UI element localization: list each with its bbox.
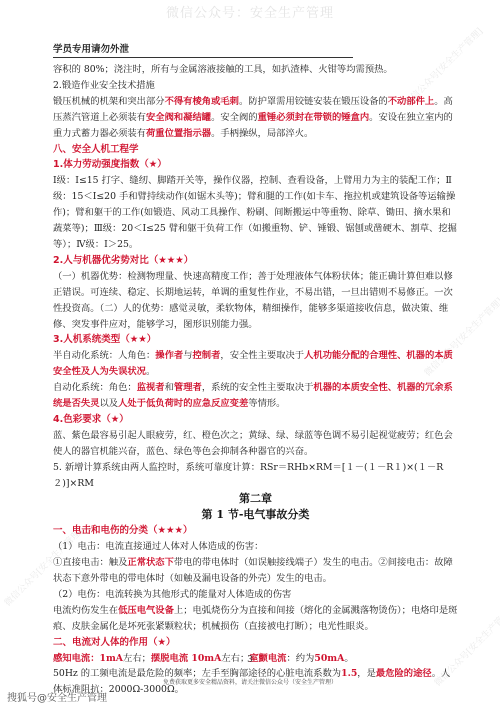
highlight: 监视者: [137, 382, 165, 393]
highlight: 操作者: [155, 350, 183, 361]
top-watermark: 微信公众号：安全生产管理: [0, 2, 500, 21]
highlight: 不动部件上: [388, 96, 435, 107]
paragraph: （2）电伤：电流转换为其他形式的能量对人体造成的伤害: [53, 587, 458, 603]
page-number: 3: [0, 655, 500, 665]
highlight: 重锤必须封在带锁的锤盒内: [258, 112, 370, 123]
paragraph: 锻压机械的机架和突出部分不得有棱角或毛刺。防护罩需用铰链安装在锻压设备的不动部件…: [53, 94, 458, 142]
section-heading: 二、电流对人体的作用（★）: [53, 635, 458, 651]
highlight: 人处于低负荷时的应急反应变差: [118, 398, 248, 409]
paragraph: 自动化系统：角色：监视者和管理者，系统的安全性主要取决于机器的本质安全性、机器的…: [53, 380, 458, 412]
text: ①直接电击：触及: [53, 557, 127, 568]
chapter-title: 第二章: [53, 491, 458, 507]
text: ，安全性主要取决于: [220, 350, 304, 361]
paragraph: 容积的 80%；浇注时，所有与金属溶液接触的工具，如扒渣棒、火钳等均需预热。: [53, 62, 458, 78]
paragraph: 5. 新增计算系统由两人监控时，系统可靠度计算：RSr＝RHb×RM＝[１－(１…: [53, 460, 458, 492]
footer-note: 免费获取更多安全精品资料，请关注微信公众号（安全生产管理）: [0, 677, 500, 686]
highlight: 荷重位置指示器: [146, 128, 211, 139]
section-heading: 八、安全人机工程学: [53, 142, 458, 158]
paragraph: 半自动化系统：人角色：操作者与控制者，安全性主要取决于人机功能分配的合理性、机器…: [53, 348, 458, 380]
highlight: 低压电气设备: [118, 605, 174, 616]
text: 和: [165, 382, 174, 393]
paragraph: （一）机器优势：检测物理量、快速高精度工作；善于处理液体气体粉状体；能正确计算但…: [53, 269, 458, 333]
highlight: 管理者: [174, 382, 202, 393]
text: 。安全阀的: [211, 112, 258, 123]
text: 与: [183, 350, 192, 361]
text: 。防护罩需用铰链安装在锻压设备的: [239, 96, 388, 107]
section-title: 第 1 节-电气事故分类: [53, 507, 458, 523]
sohu-watermark: 搜狐号@安全生产管理: [7, 689, 107, 704]
text: 锻压机械的机架和突出部分: [53, 96, 165, 107]
text: 电流灼伤发生在: [53, 605, 118, 616]
highlight: 不得有棱角或毛刺: [165, 96, 239, 107]
paragraph: 电流灼伤发生在低压电气设备上；电弧烧伤分为直接和间接（熔化的金属溅落物烫伤）；电…: [53, 603, 458, 635]
text: ，系统的安全性主要取决于: [202, 382, 314, 393]
text: 。: [146, 366, 155, 377]
paragraph: 蓝、紫色最容易引起人眼疲劳，红、橙色次之；黄绿、绿、绿蓝等色调不易引起视觉疲劳；…: [53, 428, 458, 460]
text: 。手柄操纵，局部淬火。: [211, 128, 313, 139]
section-heading: 2.人与机器优劣势对比（★★★）: [53, 253, 458, 269]
paragraph: ①直接电击：触及正常状态下带电的带电体时（如误触接线端子）发生的电击。②间接电击…: [53, 555, 458, 587]
section-heading: 3.人机系统类型（★★）: [53, 332, 458, 348]
highlight: 控制者: [193, 350, 221, 361]
text: 半自动化系统：人角色：: [53, 350, 155, 361]
section-heading: 4.色彩要求（★）: [53, 412, 458, 428]
text: 等情形。: [248, 398, 285, 409]
highlight: 安全阀和凝结罐: [146, 112, 211, 123]
document-header: 学员专用请勿外泄: [53, 41, 353, 58]
paragraph: （1）电击：电流直接通过人体对人体造成的伤害：: [53, 539, 458, 555]
section-heading: 一、电击和电伤的分类（★★★）: [53, 523, 458, 539]
text: 以及: [100, 398, 119, 409]
text: 自动化系统：角色：: [53, 382, 137, 393]
section-heading: 1.体力劳动强度指数（★）: [53, 157, 458, 173]
subheading: 2.锻造作业安全技术措施: [53, 78, 458, 94]
highlight: 正常状态下: [127, 557, 174, 568]
document-body: 容积的 80%；浇注时，所有与金属溶液接触的工具，如扒渣棒、火钳等均需预热。 2…: [53, 62, 458, 698]
paragraph: Ⅰ级：I≤15 打字、缝纫、脚踏开关等，操作仪器，控制、查看设备，上臂用力为主的…: [53, 173, 458, 253]
